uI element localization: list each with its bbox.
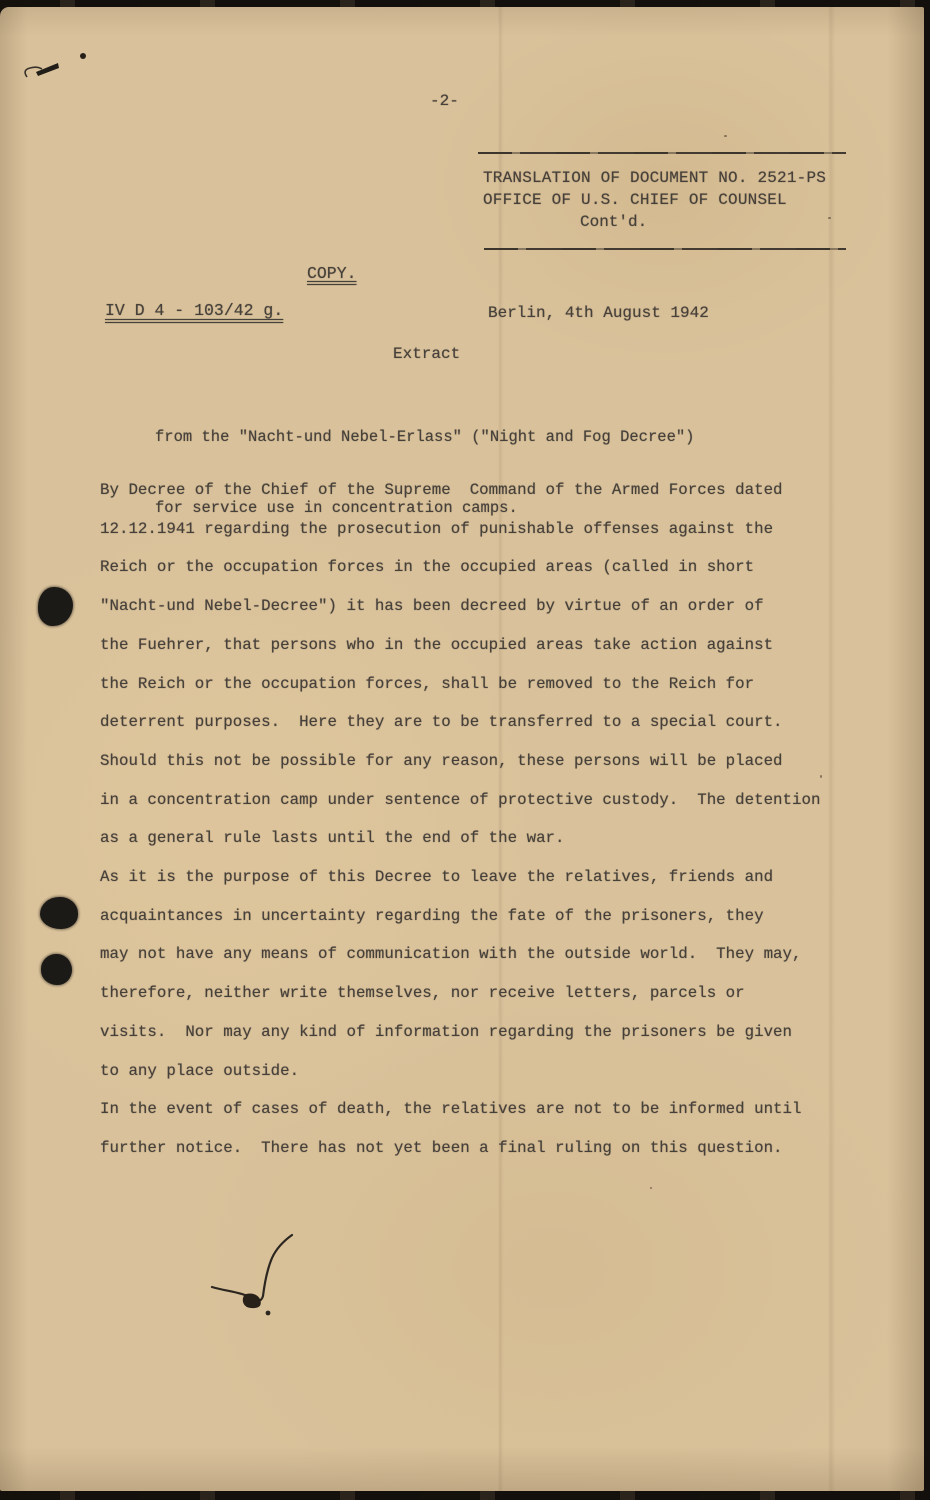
- page-number: -2-: [430, 92, 459, 110]
- extract-heading: Extract: [393, 345, 460, 363]
- header-document-number: TRANSLATION OF DOCUMENT NO. 2521-PS: [483, 169, 826, 187]
- header-rule-bottom: [484, 248, 846, 250]
- copy-label: COPY.: [307, 264, 357, 283]
- header-contd: Cont'd.: [580, 213, 647, 231]
- body-line: further notice. There has not yet been a…: [100, 1129, 860, 1168]
- body-line: 12.12.1941 regarding the prosecution of …: [100, 510, 860, 549]
- subject-line-1: from the "Nacht-und Nebel-Erlass" ("Nigh…: [155, 426, 695, 450]
- body-line: "Nacht-und Nebel-Decree") it has been de…: [100, 587, 860, 626]
- body-line: in a concentration camp under sentence o…: [100, 781, 860, 820]
- body-line: therefore, neither write themselves, nor…: [100, 974, 860, 1013]
- header-office: OFFICE OF U.S. CHIEF OF COUNSEL: [483, 191, 787, 209]
- body-line: the Fuehrer, that persons who in the occ…: [100, 626, 860, 665]
- body-line: Reich or the occupation forces in the oc…: [100, 548, 860, 587]
- scan-background: -2- TRANSLATION OF DOCUMENT NO. 2521-PS …: [0, 0, 930, 1500]
- hole-punch-bottom: [41, 954, 72, 985]
- body-line: as a general rule lasts until the end of…: [100, 819, 860, 858]
- dust-speck: [820, 775, 822, 778]
- body-text: By Decree of the Chief of the Supreme Co…: [100, 471, 860, 1168]
- body-line: deterrent purposes. Here they are to be …: [100, 703, 860, 742]
- body-line: Should this not be possible for any reas…: [100, 742, 860, 781]
- body-line: visits. Nor may any kind of information …: [100, 1013, 860, 1052]
- document-page: -2- TRANSLATION OF DOCUMENT NO. 2521-PS …: [0, 7, 924, 1491]
- dust-speck: [650, 1187, 652, 1189]
- dateline: Berlin, 4th August 1942: [488, 304, 709, 322]
- body-line: to any place outside.: [100, 1052, 860, 1091]
- dust-speck: [828, 217, 831, 219]
- hole-punch-middle: [40, 897, 78, 929]
- body-line: In the event of cases of death, the rela…: [100, 1090, 860, 1129]
- body-line: may not have any means of communication …: [100, 935, 860, 974]
- reference-number: IV D 4 - 103/42 g.: [105, 301, 283, 320]
- body-line: acquaintances in uncertainty regarding t…: [100, 897, 860, 936]
- body-line: the Reich or the occupation forces, shal…: [100, 665, 860, 704]
- dust-speck: [724, 135, 727, 137]
- body-line: As it is the purpose of this Decree to l…: [100, 858, 860, 897]
- header-rule-top: [478, 152, 846, 154]
- body-line: By Decree of the Chief of the Supreme Co…: [100, 471, 860, 510]
